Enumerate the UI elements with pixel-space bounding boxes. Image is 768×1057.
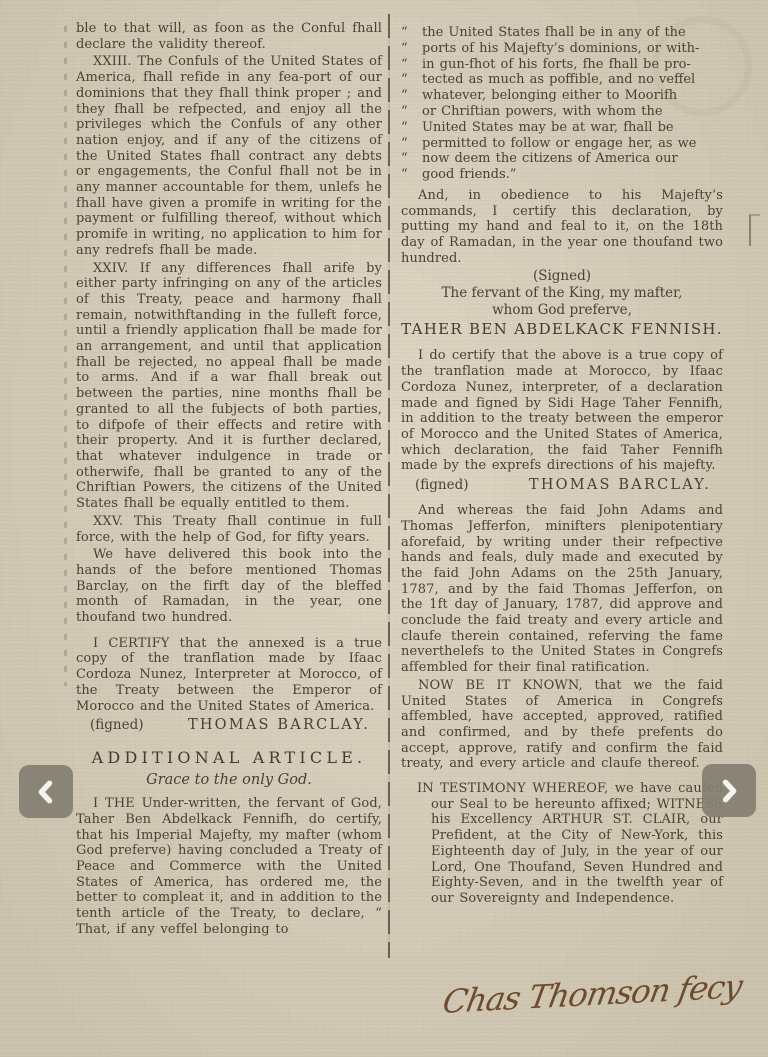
signed-label: (figned): [415, 477, 469, 493]
right-column: “the United States fhall be in any of th…: [401, 25, 723, 909]
quote-mark: “: [401, 72, 422, 88]
quote-mark: “: [401, 57, 422, 73]
quote-mark: “: [401, 25, 422, 41]
certify-translation-paragraph: I do certify that the above is a true co…: [401, 348, 723, 474]
previous-page-button[interactable]: [19, 765, 73, 818]
signed-line: (figned) THOMAS BARCLAY.: [401, 476, 723, 493]
paragraph-continuation: ble to that will, as foon as the Conful …: [76, 21, 382, 52]
servant-line: The fervant of the King, my mafter,: [401, 285, 723, 301]
whereas-paragraph: And whereas the faid John Adams and Thom…: [401, 503, 723, 676]
fennish-name: TAHER BEN ABDELKACK FENNISH.: [401, 320, 723, 338]
scanned-treaty-page: ble to that will, as foon as the Conful …: [0, 0, 768, 1057]
underwritten-paragraph: I THE Under-written, the fervant of God,…: [76, 796, 382, 937]
article-xxiv: XXIV. If any differences fhall arife by …: [76, 261, 382, 512]
signed-label: (figned): [90, 717, 144, 733]
quote-line: “permitted to follow or engage her, as w…: [401, 136, 723, 152]
quote-line: “the United States fhall be in any of th…: [401, 25, 723, 41]
chevron-left-icon: [32, 778, 60, 806]
servant-line: whom God preferve,: [401, 302, 723, 318]
quote-line: “whatever, belonging either to Moorifh: [401, 88, 723, 104]
article-xxiii: XXIII. The Confuls of the United States …: [76, 54, 382, 258]
signed-centered: (Signed): [401, 268, 723, 284]
quoted-declaration: “the United States fhall be in any of th…: [401, 25, 723, 183]
paper-artifact: [749, 214, 760, 246]
quote-line: “tected as much as poffible, and no veff…: [401, 72, 723, 88]
column-divider-rule: [388, 14, 390, 958]
delivery-paragraph: We have delivered this book into the han…: [76, 547, 382, 626]
quote-line: “in gun-fhot of his forts, fhe fhall be …: [401, 57, 723, 73]
quote-line: “United States may be at war, fhall be: [401, 120, 723, 136]
chevron-right-icon: [715, 777, 743, 805]
article-xxv: XXV. This Treaty fhall continue in full …: [76, 514, 382, 545]
signed-line: (figned) THOMAS BARCLAY.: [76, 716, 382, 733]
quote-mark: “: [401, 104, 422, 120]
quote-mark: “: [401, 167, 422, 183]
obedience-paragraph: And, in obedience to his Majefty’s comma…: [401, 188, 723, 267]
now-be-it-known-paragraph: NOW BE IT KNOWN, that we the faid United…: [401, 678, 723, 772]
testimony-paragraph: IN TESTIMONY WHEREOF, we have caufed our…: [431, 781, 723, 907]
next-page-button[interactable]: [702, 764, 756, 817]
quote-mark: “: [401, 136, 422, 152]
charles-thomson-signature: Chas Thomson fecy: [416, 941, 768, 1052]
left-column: ble to that will, as foon as the Conful …: [76, 21, 382, 940]
quote-line: “or Chriftian powers, with whom the: [401, 104, 723, 120]
certify-paragraph: I CERTIFY that the annexed is a true cop…: [76, 636, 382, 715]
grace-subheading: Grace to the only God.: [76, 772, 382, 788]
quote-line: “good friends.”: [401, 167, 723, 183]
signatory-name: THOMAS BARCLAY.: [529, 477, 711, 493]
signatory-name: THOMAS BARCLAY.: [188, 717, 370, 733]
quote-line: “ports of his Majefty’s dominions, or wi…: [401, 41, 723, 57]
additional-article-heading: ADDITIONAL ARTICLE.: [76, 748, 382, 767]
quote-line: “now deem the citizens of America our: [401, 151, 723, 167]
quote-mark: “: [401, 120, 422, 136]
quote-mark: “: [401, 88, 422, 104]
binding-shadow: [64, 26, 67, 686]
quote-mark: “: [401, 41, 422, 57]
quote-mark: “: [401, 151, 422, 167]
